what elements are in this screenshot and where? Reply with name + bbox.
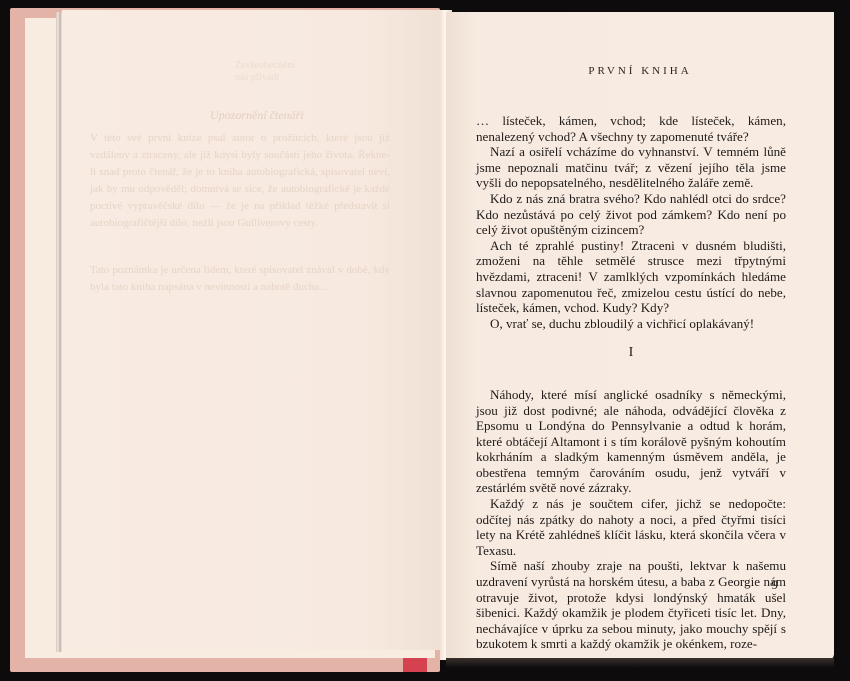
left-page-bleed-top: Zevšeobecnění nás přivádí [235,60,295,84]
prologue-paragraph: O, vrať se, duchu zbloudilý a vichřicí o… [476,316,786,332]
prologue-paragraph: Kdo z nás zná bratra svého? Kdo nahlédl … [476,191,786,238]
page-text: … lísteček, kámen, vchod; kde lísteček, … [476,113,786,652]
page-bottom-shadow [446,658,834,668]
page-number: 9 [772,577,779,593]
bleed-line: Zevšeobecnění [235,60,295,72]
right-page: PRVNÍ KNIHA … lísteček, kámen, vchod; kd… [446,12,834,660]
prologue-paragraph: … lísteček, kámen, vchod; kde lísteček, … [476,113,786,144]
chapter-paragraph: Náhody, které mísí anglické osadníky s n… [476,387,786,496]
bookmark-ribbon [403,658,427,672]
running-head: PRVNÍ KNIHA [446,65,834,77]
chapter-paragraph: Símě naší zhouby zraje na poušti, lektva… [476,558,786,652]
prologue-paragraph: Ach té zprahlé pustiny! Ztraceni v dusné… [476,238,786,316]
left-page [62,10,444,650]
chapter-number: I [476,345,786,361]
prologue-paragraph: Nazí a osiřelí vcházíme do vyhnanství. V… [476,144,786,191]
left-page-bleed-paragraph: V této své první knize psal autor o prož… [90,130,390,232]
left-page-bleed-paragraph: Tato poznámka je určena lidem, které spi… [90,262,390,296]
chapter-paragraph: Každý z nás je součtem cifer, jichž se n… [476,496,786,558]
bleed-line: nás přivádí [235,72,295,84]
left-page-bleed-heading: Upozornění čtenáři [210,108,304,123]
